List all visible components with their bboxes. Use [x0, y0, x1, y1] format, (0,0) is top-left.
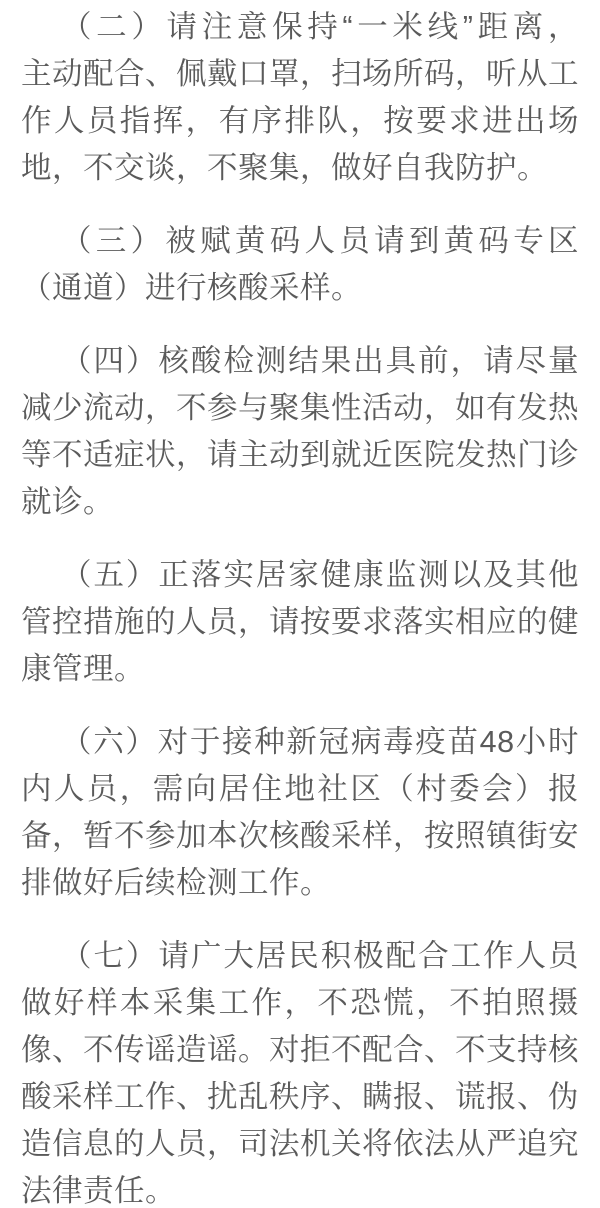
text-line: （通道）进行核酸采样。	[21, 265, 579, 312]
text-line: （七）请广大居民积极配合工作人员	[21, 933, 579, 980]
text-line: （二）请注意保持“一米线”距离，	[21, 4, 579, 51]
paragraph-item-6: （六）对于接种新冠病毒疫苗48小时 内人员，需向居住地社区（村委会）报 备，暂不…	[21, 719, 579, 907]
article-body: （二）请注意保持“一米线”距离， 主动配合、佩戴口罩，扫场所码，听从工 作人员指…	[0, 0, 600, 1208]
paragraph-item-2: （二）请注意保持“一米线”距离， 主动配合、佩戴口罩，扫场所码，听从工 作人员指…	[21, 4, 579, 192]
text-line: 主动配合、佩戴口罩，扫场所码，听从工	[21, 51, 579, 98]
text-line: 减少流动，不参与聚集性活动，如有发热	[21, 385, 579, 432]
text-line: 备，暂不参加本次核酸采样，按照镇街安	[21, 813, 579, 860]
paragraph-item-7: （七）请广大居民积极配合工作人员 做好样本采集工作，不恐慌，不拍照摄 像、不传谣…	[21, 933, 579, 1208]
text-line: 法律责任。	[21, 1168, 579, 1208]
text-line: （六）对于接种新冠病毒疫苗48小时	[21, 719, 579, 766]
text-line: （五）正落实居家健康监测以及其他	[21, 552, 579, 599]
text-line: 就诊。	[21, 479, 579, 526]
text-line: 内人员，需向居住地社区（村委会）报	[21, 766, 579, 813]
paragraph-item-4: （四）核酸检测结果出具前，请尽量 减少流动，不参与聚集性活动，如有发热 等不适症…	[21, 338, 579, 526]
text-line: （三）被赋黄码人员请到黄码专区	[21, 218, 579, 265]
text-line: 地，不交谈，不聚集，做好自我防护。	[21, 145, 579, 192]
text-line: 康管理。	[21, 646, 579, 693]
text-line: 做好样本采集工作，不恐慌，不拍照摄	[21, 980, 579, 1027]
text-line: 排做好后续检测工作。	[21, 860, 579, 907]
text-line: 造信息的人员，司法机关将依法从严追究	[21, 1121, 579, 1168]
text-line: （四）核酸检测结果出具前，请尽量	[21, 338, 579, 385]
text-line: 像、不传谣造谣。对拒不配合、不支持核	[21, 1027, 579, 1074]
text-line: 等不适症状，请主动到就近医院发热门诊	[21, 432, 579, 479]
text-line: 管控措施的人员，请按要求落实相应的健	[21, 599, 579, 646]
paragraph-item-3: （三）被赋黄码人员请到黄码专区 （通道）进行核酸采样。	[21, 218, 579, 312]
text-line: 作人员指挥，有序排队，按要求进出场	[21, 98, 579, 145]
paragraph-item-5: （五）正落实居家健康监测以及其他 管控措施的人员，请按要求落实相应的健 康管理。	[21, 552, 579, 693]
text-line: 酸采样工作、扰乱秩序、瞒报、谎报、伪	[21, 1074, 579, 1121]
